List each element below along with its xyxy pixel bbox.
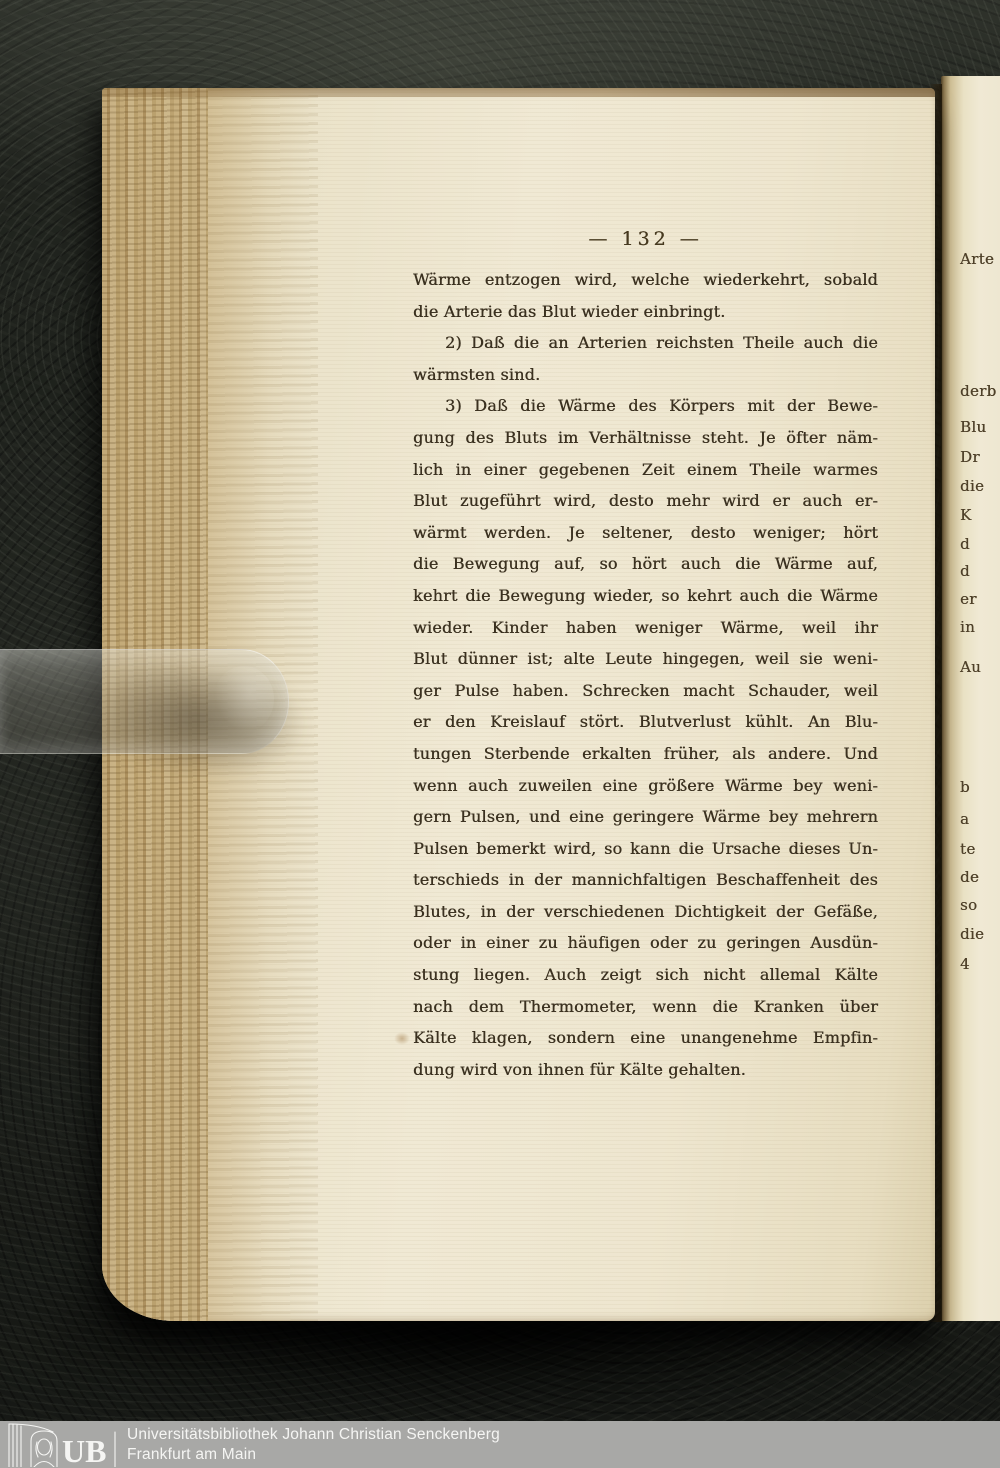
text-line: Blutes, in der verschiedenen Dichtigkeit… bbox=[413, 896, 878, 928]
text-line: stung liegen. Auch zeigt sich nicht alle… bbox=[413, 959, 878, 991]
text-line: wenn auch zuweilen eine größere Wärme be… bbox=[413, 770, 878, 802]
facing-page-text-fragment: Arte bbox=[960, 250, 994, 268]
text-line: dung wird von ihnen für Kälte gehalten. bbox=[413, 1054, 878, 1086]
facing-page-text-fragment: te bbox=[960, 840, 976, 858]
facing-page-text-fragment: de bbox=[960, 868, 979, 886]
facing-page-text-fragment: b bbox=[960, 778, 970, 796]
facing-page-text-fragment: so bbox=[960, 896, 977, 914]
page-top-stain bbox=[102, 88, 935, 97]
facing-page-text-fragment: in bbox=[960, 618, 975, 636]
text-line: er den Kreislauf stört. Blutverlust kühl… bbox=[413, 706, 878, 738]
book-scan-photo: { "page": { "folio": "— 132 —", "lines":… bbox=[0, 0, 1000, 1468]
text-line: Wärme entzogen wird, welche wiederkehrt,… bbox=[413, 264, 878, 296]
library-banner: UB Universitätsbibliothek Johann Christi… bbox=[0, 1421, 1000, 1468]
text-line: gung des Bluts im Verhältnisse steht. Je… bbox=[413, 422, 878, 454]
portrait-face bbox=[38, 1439, 51, 1455]
page-number: — 132 — bbox=[413, 228, 878, 250]
foxing-spot bbox=[394, 1032, 410, 1045]
facing-page-text-fragment: d bbox=[960, 562, 970, 580]
facing-page-text-fragment: a bbox=[960, 810, 969, 828]
ub-logo: UB bbox=[7, 1423, 119, 1467]
text-line: Kälte klagen, sondern eine unangenehme E… bbox=[413, 1022, 878, 1054]
text-line: Blut dünner ist; alte Leute hingegen, we… bbox=[413, 643, 878, 675]
institution-line1: Universitätsbibliothek Johann Christian … bbox=[127, 1425, 500, 1445]
facing-page-text-fragment: d bbox=[960, 535, 970, 553]
text-line: nach dem Thermometer, wenn die Kranken ü… bbox=[413, 991, 878, 1023]
facing-page-text-fragment: derb bbox=[960, 382, 996, 400]
facing-page-text-fragment: 4 bbox=[960, 955, 970, 973]
text-line: die Arterie das Blut wieder einbringt. bbox=[413, 296, 878, 328]
text-line: lich in einer gegebenen Zeit einem Theil… bbox=[413, 454, 878, 486]
facing-page-text-fragment: Au bbox=[960, 658, 981, 676]
portrait-shoulders bbox=[34, 1462, 54, 1468]
facing-page-text-fragment: die bbox=[960, 477, 984, 495]
text-line: 2) Daß die an Arterien reichsten Theile … bbox=[413, 327, 878, 359]
text-line: die Bewegung auf, so hört auch die Wärme… bbox=[413, 548, 878, 580]
facing-page-text-fragment: er bbox=[960, 590, 977, 608]
facing-page-text-fragment: K bbox=[960, 506, 972, 524]
text-line: gern Pulsen, und eine geringere Wärme be… bbox=[413, 801, 878, 833]
text-line: 3) Daß die Wärme des Körpers mit der Bew… bbox=[413, 390, 878, 422]
text-line: Blut zugeführt wird, desto mehr wird er … bbox=[413, 485, 878, 517]
text-block: Wärme entzogen wird, welche wiederkehrt,… bbox=[413, 264, 878, 1085]
text-line: kehrt die Bewegung wieder, so kehrt auch… bbox=[413, 580, 878, 612]
facing-page-edge: ArtederbBluDrdieKdderinAubatedesodie4 bbox=[941, 76, 1000, 1321]
glass-page-holder bbox=[0, 649, 289, 754]
facing-page-text-fragment: die bbox=[960, 925, 984, 943]
text-line: Pulsen bemerkt wird, so kann die Ursache… bbox=[413, 833, 878, 865]
text-line: ger Pulse haben. Schrecken macht Schaude… bbox=[413, 675, 878, 707]
facing-page-text-fragment: Blu bbox=[960, 418, 986, 436]
ub-logo-text: UB bbox=[62, 1433, 106, 1467]
institution-name: Universitätsbibliothek Johann Christian … bbox=[127, 1425, 500, 1464]
facing-page-text-fragment: Dr bbox=[960, 448, 980, 466]
text-line: wärmsten sind. bbox=[413, 359, 878, 391]
text-line: terschieds in der mannichfaltigen Bescha… bbox=[413, 864, 878, 896]
institution-line2: Frankfurt am Main bbox=[127, 1445, 500, 1465]
text-line: tungen Sterbende erkalten früher, als an… bbox=[413, 738, 878, 770]
text-line: oder in einer zu häufigen oder zu gering… bbox=[413, 927, 878, 959]
text-line: wärmt werden. Je seltener, desto weniger… bbox=[413, 517, 878, 549]
text-line: wieder. Kinder haben weniger Wärme, weil… bbox=[413, 612, 878, 644]
